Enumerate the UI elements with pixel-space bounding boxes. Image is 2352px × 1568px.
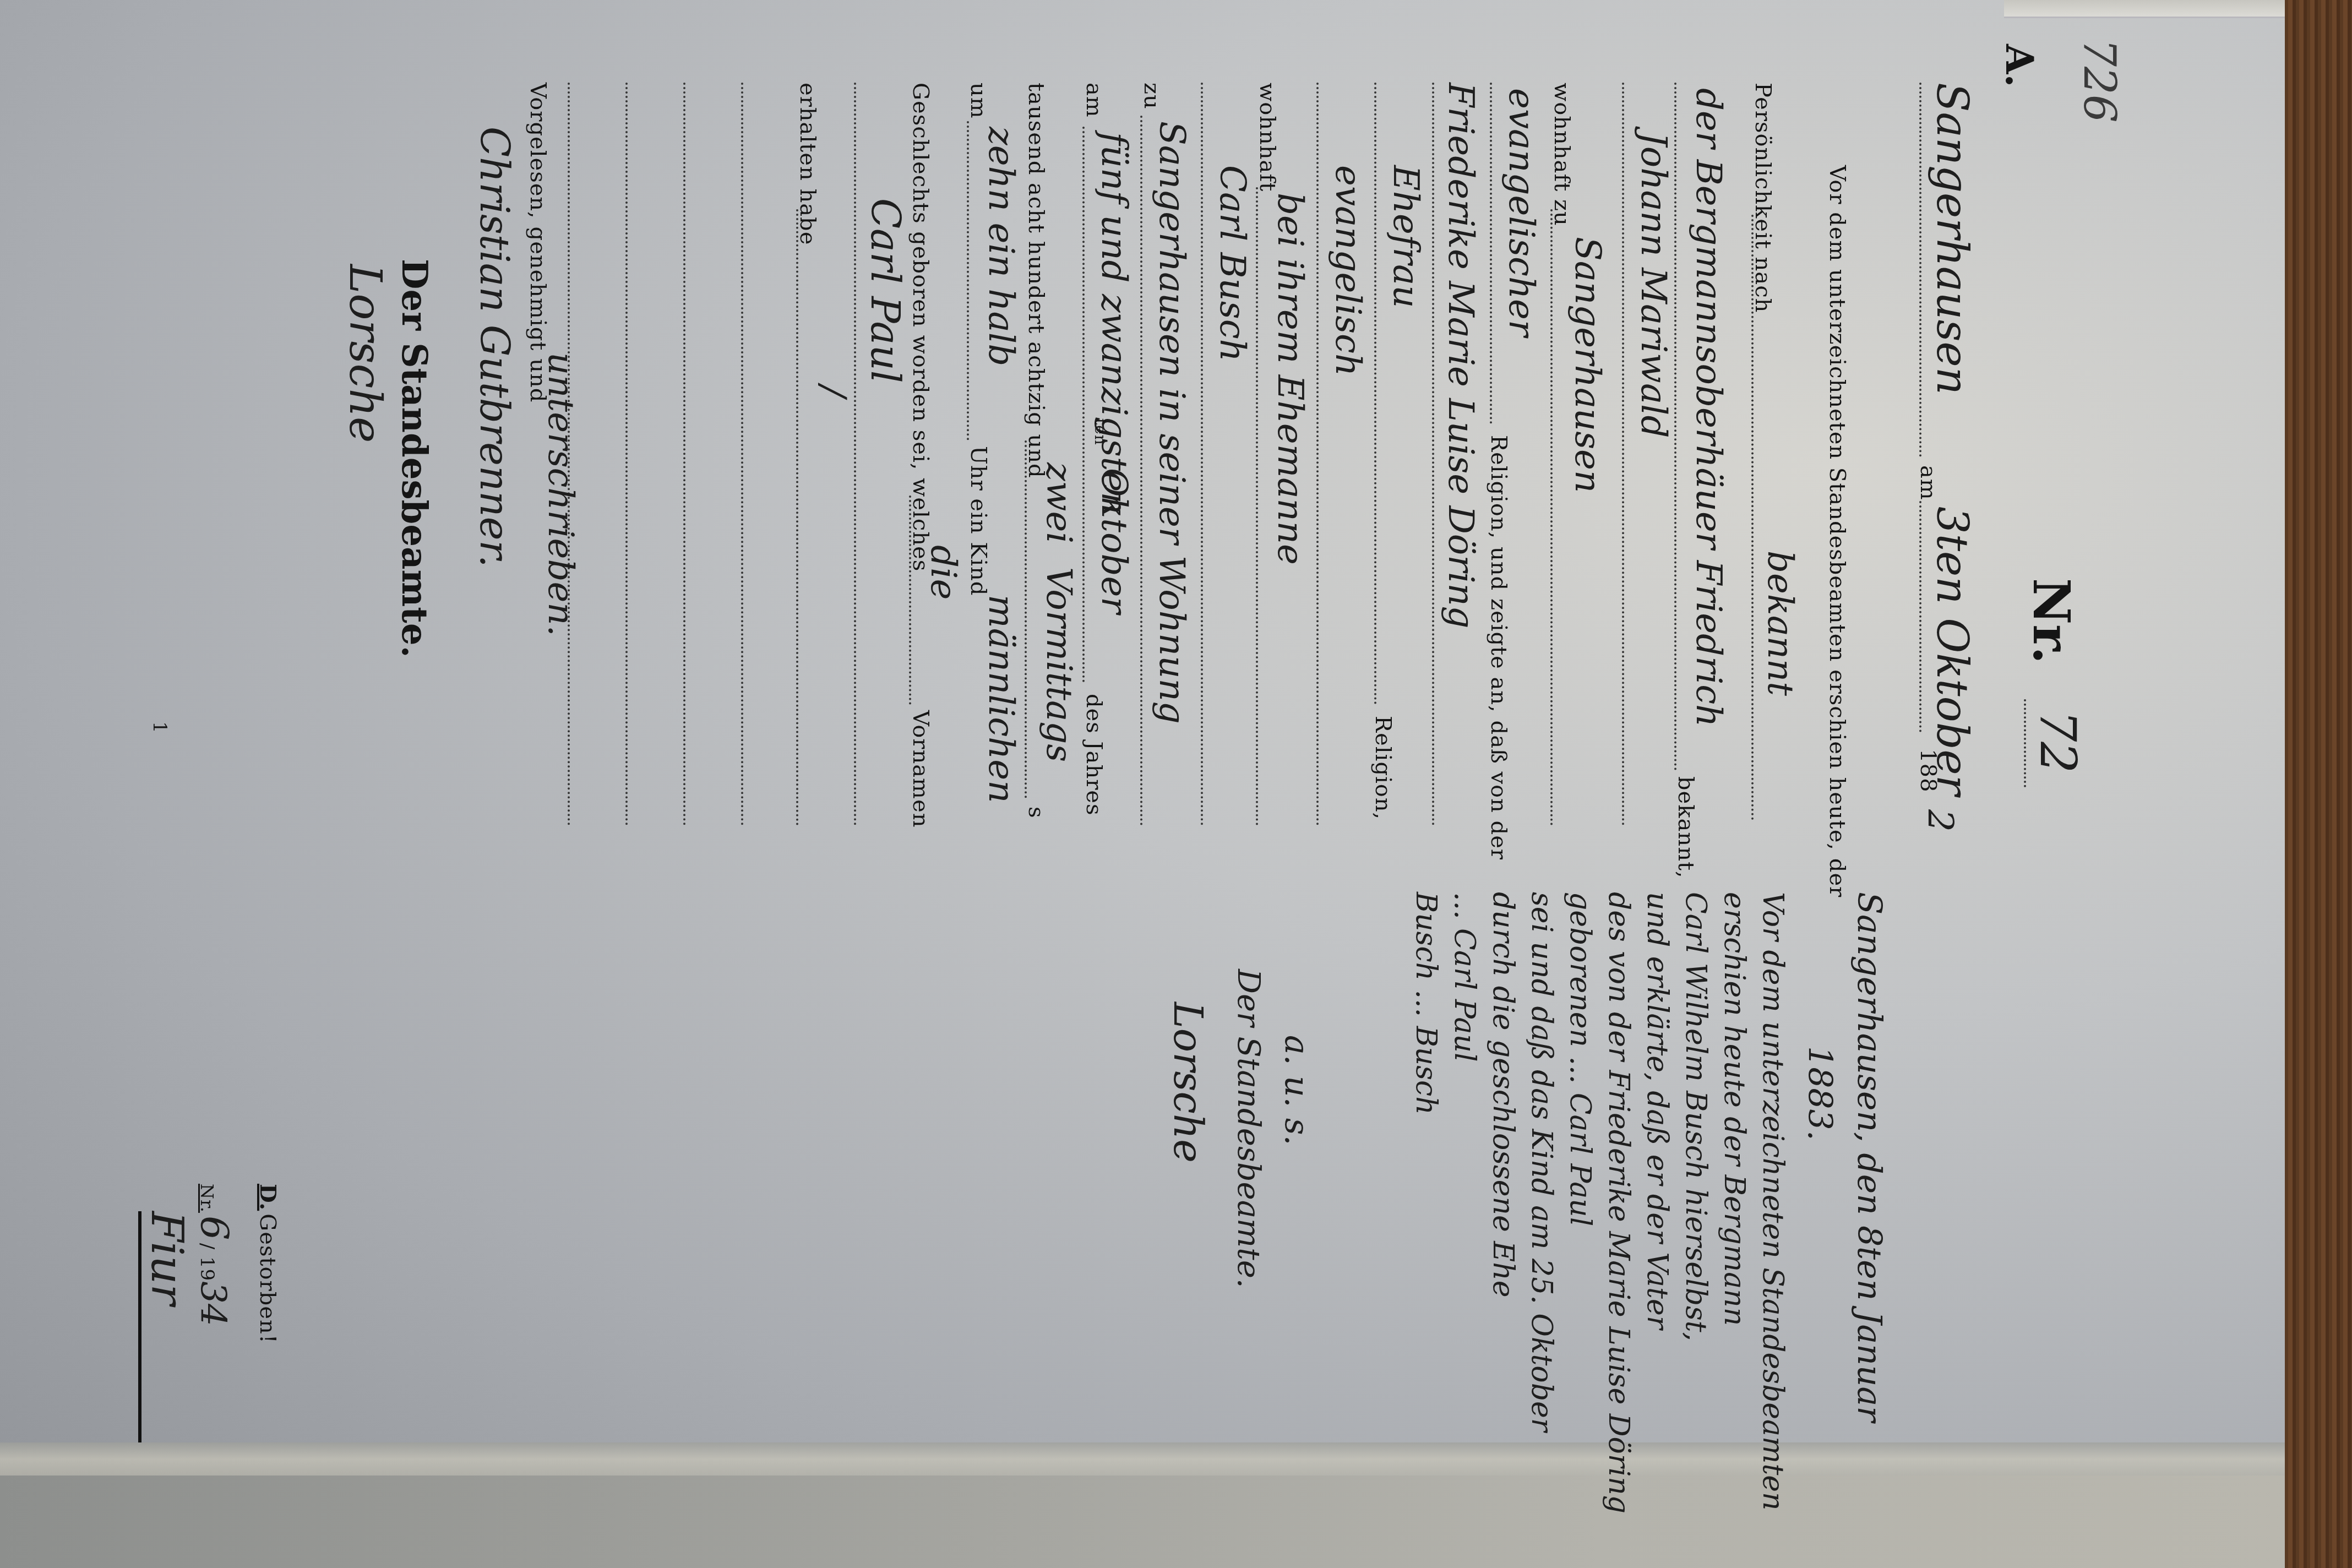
read-value: unterschrieben. bbox=[540, 352, 581, 636]
mother-name: Friederike Marie Luise Döring bbox=[1440, 83, 1481, 629]
date-prefix: am bbox=[1915, 465, 1941, 500]
line-gender: Geschlechts geboren worden sei, welches bbox=[908, 83, 933, 571]
margin-note-line: durch die geschlossene Ehe bbox=[1487, 892, 1520, 1297]
birth-time-word: Vormittags bbox=[1038, 567, 1079, 762]
stamp-number: 6 bbox=[192, 1216, 237, 1240]
line-received: erhalten habe bbox=[795, 83, 820, 245]
birth-day: fünf und zwanzigsten bbox=[1093, 132, 1134, 515]
line-residing-2: wohnhaft bbox=[1255, 83, 1280, 192]
line-um: um bbox=[966, 83, 991, 119]
official-label: Der Standesbeamte. bbox=[394, 259, 435, 658]
margin-note-closing: a. u. s. bbox=[1277, 1035, 1316, 1146]
death-stamp-number: Nr. 6 / 1934 bbox=[192, 1184, 237, 1326]
birth-month: Oktober bbox=[1093, 468, 1134, 614]
child-given-names: Carl Paul bbox=[862, 198, 908, 383]
margin-note-line: geborenen ... Carl Paul bbox=[1564, 892, 1597, 1226]
line-at: zu bbox=[1139, 83, 1164, 110]
residence: Sangerhausen bbox=[1567, 237, 1608, 493]
birth-hour: zehn ein halb bbox=[981, 127, 1021, 366]
known-value: bekannt bbox=[1760, 551, 1800, 696]
year-printed: 188 bbox=[1915, 749, 1941, 792]
margin-note-line: erschien heute der Bergmann bbox=[1718, 892, 1751, 1326]
official-signature: Lorsche bbox=[340, 264, 391, 443]
page-number: 1 bbox=[149, 721, 171, 734]
line-residing: wohnhaft zu bbox=[1549, 83, 1575, 226]
religion-value-2: evangelisch bbox=[1327, 165, 1368, 376]
line-year: des Jahres bbox=[1081, 694, 1107, 815]
line-on: am bbox=[1081, 83, 1107, 118]
entry-number: 72 bbox=[2029, 710, 2087, 774]
birth-day-suffix: ten bbox=[1091, 418, 1109, 445]
informant-name: Johann Mariwald bbox=[1633, 132, 1674, 438]
margin-note-line: sei und daß das Kind am 25. Oktober bbox=[1525, 892, 1558, 1432]
margin-note-official-label: Der Standesbeamte. bbox=[1231, 969, 1266, 1288]
entry-title-prefix: Nr. bbox=[2022, 578, 2081, 664]
death-stamp: D. Gestorben! bbox=[255, 1184, 281, 1344]
line-religion-2: Religion, bbox=[1370, 716, 1396, 820]
line-clock: Uhr ein Kind bbox=[966, 446, 991, 596]
margin-note-header: Sangerhausen, den 8ten Januar bbox=[1850, 892, 1888, 1422]
margin-note-signature: Lorsche bbox=[1165, 1002, 1211, 1163]
gender-mid: die bbox=[923, 545, 963, 600]
birth-year-word: zwei bbox=[1038, 462, 1079, 543]
margin-note-line: ... Carl Paul bbox=[1448, 892, 1481, 1062]
archive-number: 726 bbox=[2074, 39, 2125, 123]
stamp-year-prefix: 19 bbox=[196, 1256, 218, 1281]
birth-place: Sangerhausen in seiner Wohnung bbox=[1151, 121, 1192, 724]
mother-residence: bei ihrem Ehemanne bbox=[1270, 193, 1310, 565]
mother-detail: Ehefrau bbox=[1385, 165, 1426, 308]
child-sex: männlichen bbox=[981, 595, 1021, 803]
wooden-surface bbox=[2285, 0, 2352, 1568]
line-personality: Persönlichkeit nach bbox=[1750, 83, 1776, 313]
line-vornamen: Vornamen bbox=[908, 710, 933, 827]
line-appeared: Vor dem unterzeichneten Standesbeamten e… bbox=[1825, 165, 1850, 897]
stamp-letter: D. bbox=[255, 1184, 281, 1211]
line-s: s bbox=[1023, 807, 1049, 819]
religion-value: evangelischer bbox=[1501, 88, 1542, 337]
register-entry: A. 726 Nr. 72 Sangerhausen am 3ten Oktob… bbox=[0, 0, 2285, 1568]
registration-place: Sangerhausen bbox=[1927, 83, 1977, 395]
margin-note-year: 1883. bbox=[1800, 1046, 1839, 1141]
line-religion-and: Religion, und zeigte an, daß von der bbox=[1486, 435, 1511, 860]
line-known: bekannt, bbox=[1673, 776, 1698, 879]
received-value: / bbox=[813, 385, 853, 398]
margin-note-line: und erklärte, daß er der Vater bbox=[1641, 892, 1674, 1330]
section-letter: A. bbox=[1997, 44, 2043, 88]
informant-signature: Christian Gutbrenner. bbox=[471, 127, 518, 568]
line-thousand: tausend acht hundert achtzig und bbox=[1023, 83, 1049, 478]
mother-residence-2: Carl Busch bbox=[1212, 165, 1253, 362]
margin-note-line: Busch ... Busch bbox=[1409, 892, 1442, 1115]
stamp-signature: Fiur bbox=[138, 1211, 193, 1442]
margin-note-line: Carl Wilhelm Busch hierselbst, bbox=[1679, 892, 1712, 1341]
margin-note-line: Vor dem unterzeichneten Standesbeamten bbox=[1756, 892, 1789, 1511]
margin-note-line: des von der Friederike Marie Luise Dörin… bbox=[1602, 892, 1635, 1513]
informant-occupation: der Bergmannsoberhäuer Friedrich bbox=[1688, 88, 1729, 727]
stamp-year-suffix: 34 bbox=[192, 1281, 233, 1326]
year-digit: 2 bbox=[1919, 809, 1960, 832]
stamp-number-prefix: Nr. bbox=[197, 1184, 217, 1213]
stamp-label: Gestorben! bbox=[255, 1213, 280, 1344]
